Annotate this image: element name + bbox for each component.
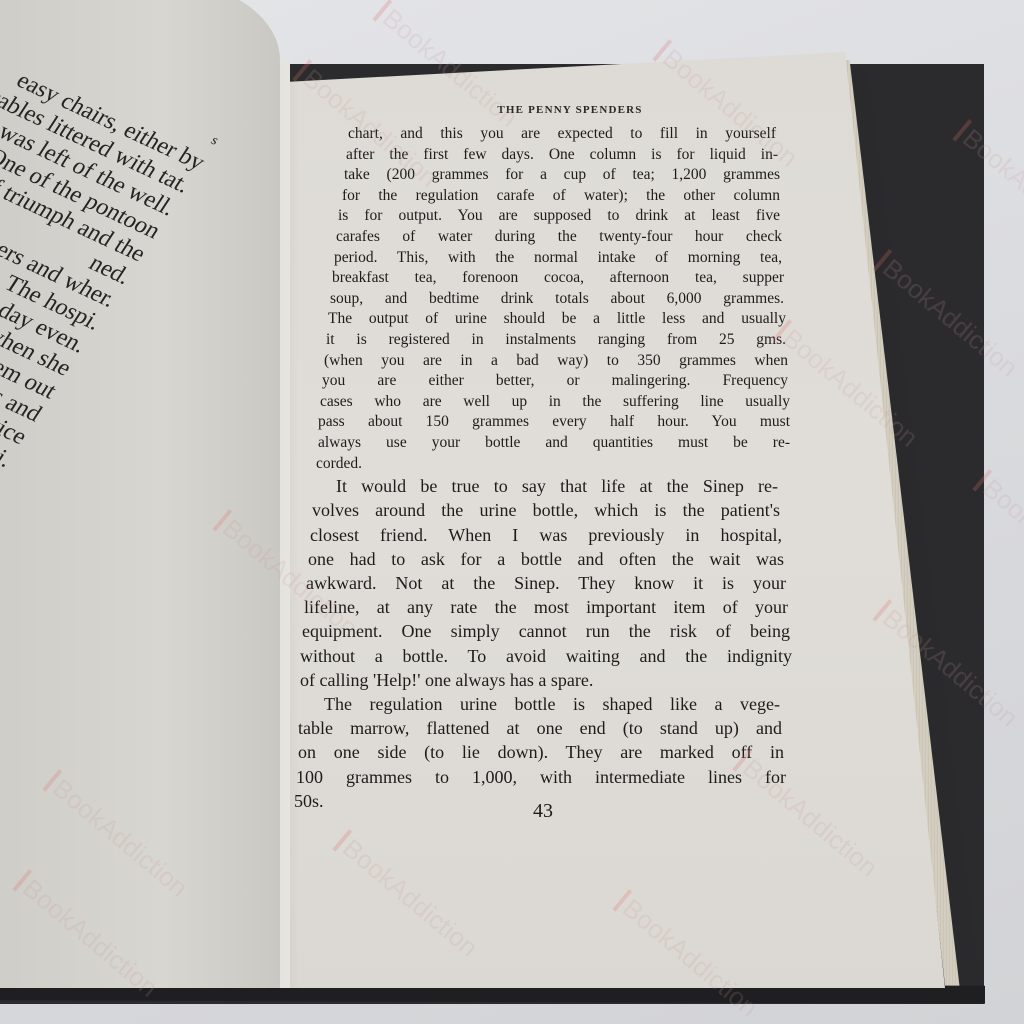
text-line: carafes of water during the twenty-four … (290, 227, 810, 248)
text-line: volves around the urine bottle, which is… (290, 498, 810, 522)
text-line: of calling 'Help!' one always has a spar… (290, 668, 810, 692)
left-page-text: s easy chairs, either by nd tables litte… (0, 0, 224, 863)
text-line: It would be true to say that life at the… (290, 474, 810, 498)
page-number: 43 (533, 800, 553, 823)
text-line: equipment. One simply cannot run the ris… (290, 619, 810, 643)
text-line: for the regulation carafe of water); the… (290, 186, 810, 207)
running-head: THE PENNY SPENDERS (330, 104, 810, 116)
text-line: 100 grammes to 1,000, with intermediate … (290, 765, 810, 789)
text-line: corded. (290, 454, 810, 475)
paragraph-2: It would be true to say that life at the… (290, 474, 810, 692)
photo-scene: THE PENNY SPENDERS chart, and this you a… (0, 0, 1024, 1024)
text-line: The regulation urine bottle is shaped li… (290, 692, 810, 716)
text-line: pass about 150 grammes every half hour. … (290, 412, 810, 433)
text-line: (when you are in a bad way) to 350 gramm… (290, 351, 810, 372)
text-line: soup, and bedtime drink totals about 6,0… (290, 289, 810, 310)
text-line: always use your bottle and quantities mu… (290, 433, 810, 454)
text-line: period. This, with the normal intake of … (290, 248, 810, 269)
text-line: one had to ask for a bottle and often th… (290, 547, 810, 571)
text-line: after the first few days. One column is … (290, 145, 810, 166)
text-line: is for output. You are supposed to drink… (290, 206, 810, 227)
text-line: on one side (to lie down). They are mark… (290, 740, 810, 764)
text-line: awkward. Not at the Sinep. They know it … (290, 571, 810, 595)
text-line: chart, and this you are expected to fill… (290, 124, 810, 145)
text-line: without a bottle. To avoid waiting and t… (290, 644, 810, 668)
paragraph-3: The regulation urine bottle is shaped li… (290, 692, 810, 813)
text-line: table marrow, flattened at one end (to s… (290, 716, 810, 740)
text-line: cases who are well up in the suffering l… (290, 392, 810, 413)
paragraph-1: chart, and this you are expected to fill… (290, 124, 810, 474)
left-page: s easy chairs, either by nd tables litte… (0, 0, 280, 988)
text-line: it is registered in instalments ranging … (290, 330, 810, 351)
text-line: you are either better, or malingering. F… (290, 371, 810, 392)
text-line: The output of urine should be a little l… (290, 309, 810, 330)
right-page-content: THE PENNY SPENDERS chart, and this you a… (290, 104, 810, 813)
text-line: take (200 grammes for a cup of tea; 1,20… (290, 165, 810, 186)
text-line: closest friend. When I was previously in… (290, 523, 810, 547)
text-line: lifeline, at any rate the most important… (290, 595, 810, 619)
text-line: breakfast tea, forenoon cocoa, afternoon… (290, 268, 810, 289)
